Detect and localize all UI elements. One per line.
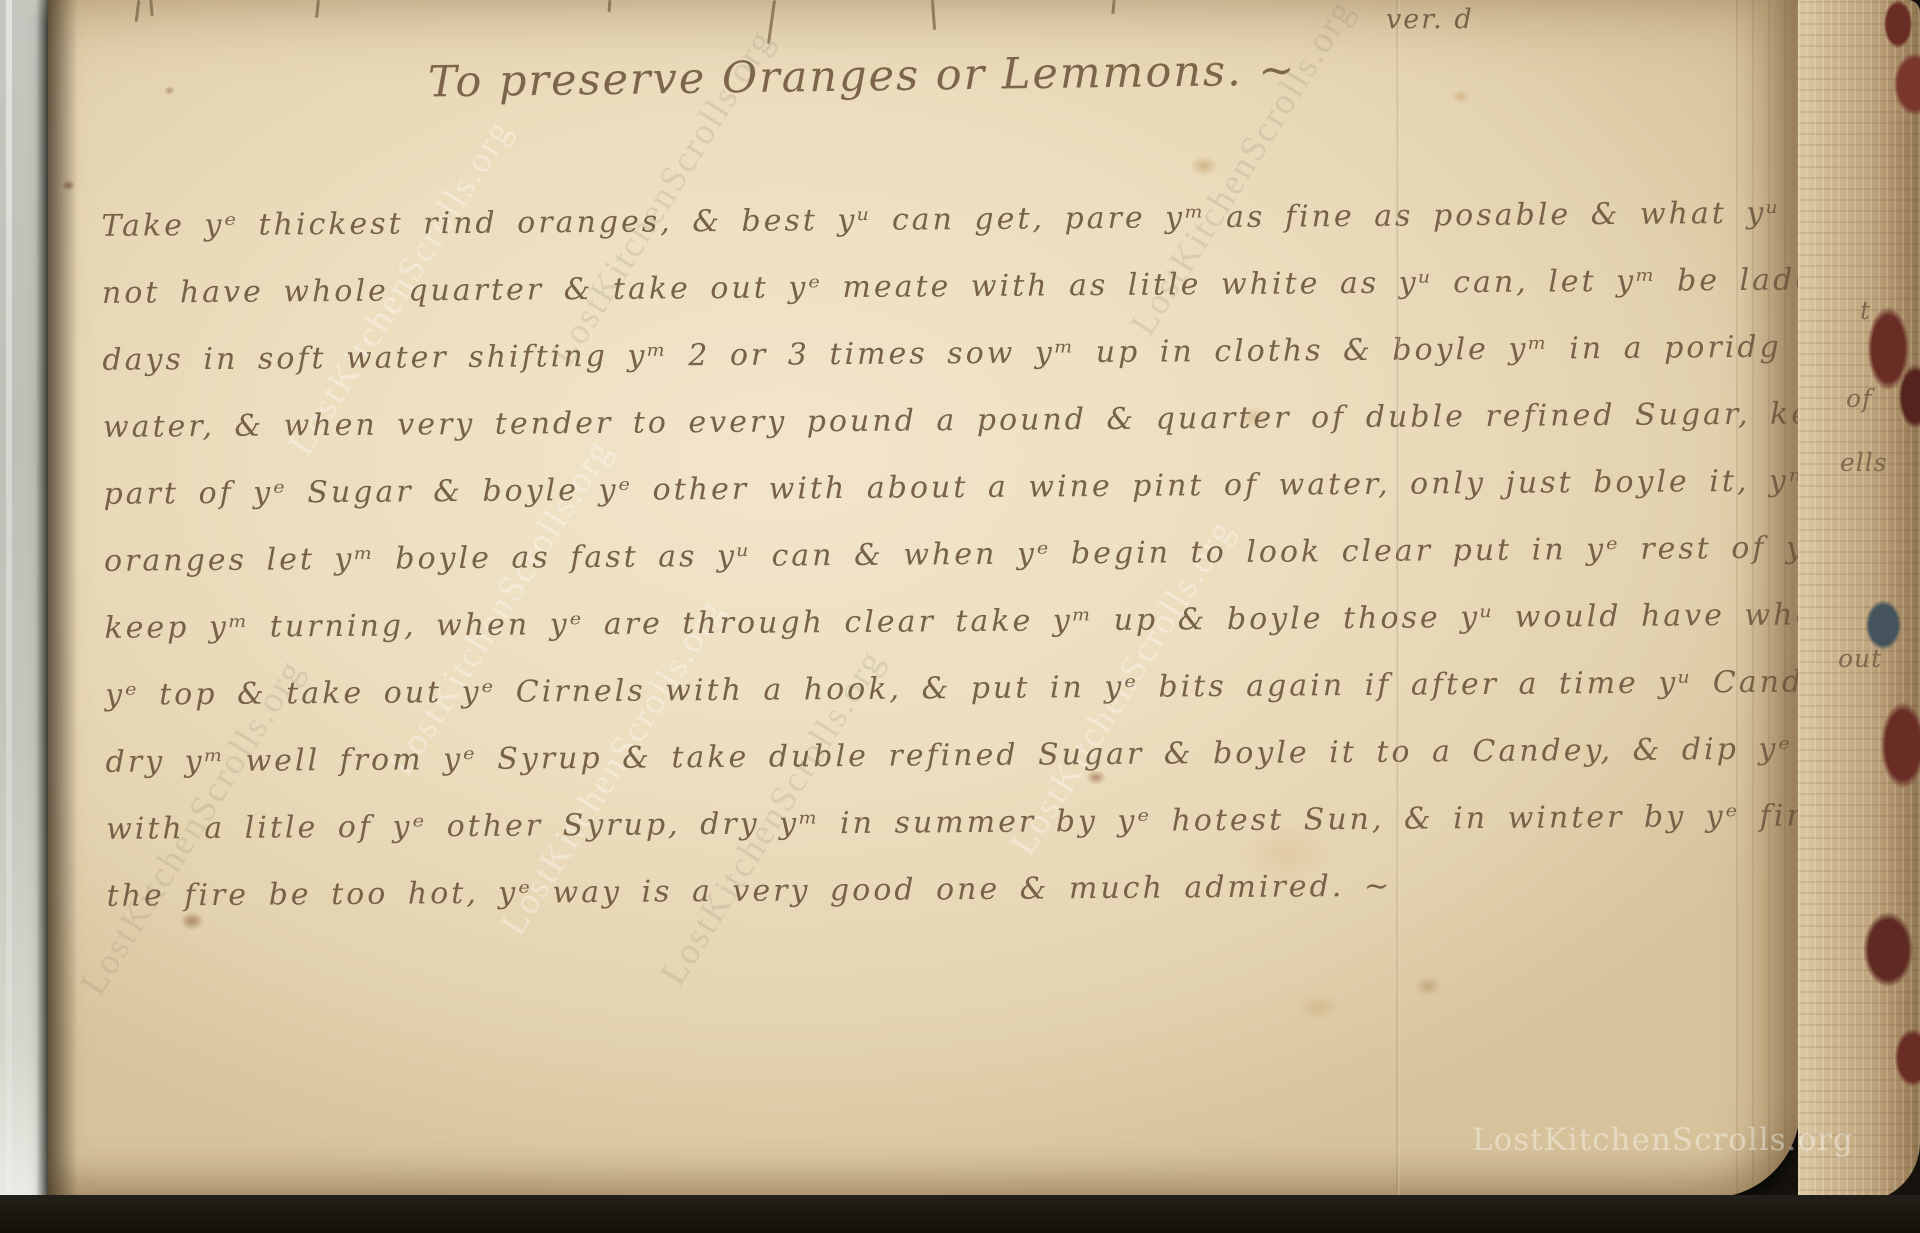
recipe-title: To preserve Oranges or Lemmons. ~ xyxy=(428,46,1219,107)
book-spine xyxy=(0,0,50,1233)
stain xyxy=(1414,976,1442,996)
manuscript-page: LostKitchenScrolls.org LostKitchenScroll… xyxy=(48,0,1800,1198)
stray-ink-descender xyxy=(315,0,320,18)
stain xyxy=(1452,90,1470,103)
photo-background xyxy=(0,1195,1920,1233)
edge-text-fragment: out xyxy=(1838,644,1882,673)
gutter-shadow xyxy=(48,0,78,1198)
top-edge-text-fragment: ver. d xyxy=(1386,4,1474,35)
book-fore-edge xyxy=(1798,0,1920,1202)
page-crease xyxy=(1396,0,1400,1198)
stain xyxy=(1190,156,1218,176)
manuscript-line: with a litle of yᵉ other Syrup, dry yᵐ i… xyxy=(106,782,1800,863)
stray-ink-descender xyxy=(135,0,141,22)
recipe-body: Take yᵉ thickest rind oranges, & best yᵘ… xyxy=(101,179,1800,930)
edge-text-fragment: t xyxy=(1860,296,1871,325)
manuscript-line: the fire be too hot, yᵉ way is a very go… xyxy=(106,849,1800,930)
page-curl-edge xyxy=(1736,0,1800,1198)
stray-ink-descender xyxy=(931,0,936,30)
watermark-corner: LostKitchenScrolls.org xyxy=(1472,1122,1854,1158)
stray-ink-descender xyxy=(149,0,153,16)
stain xyxy=(1296,994,1340,1020)
edge-text-fragment: ells xyxy=(1840,448,1888,477)
stray-ink-descender xyxy=(1111,0,1115,14)
edge-text-fragment: of xyxy=(1846,384,1872,413)
stray-ink-descender xyxy=(608,0,612,12)
stain xyxy=(164,86,175,95)
manuscript-photo: LostKitchenScrolls.org LostKitchenScroll… xyxy=(0,0,1920,1233)
marbled-edge-pattern xyxy=(1798,0,1920,1202)
